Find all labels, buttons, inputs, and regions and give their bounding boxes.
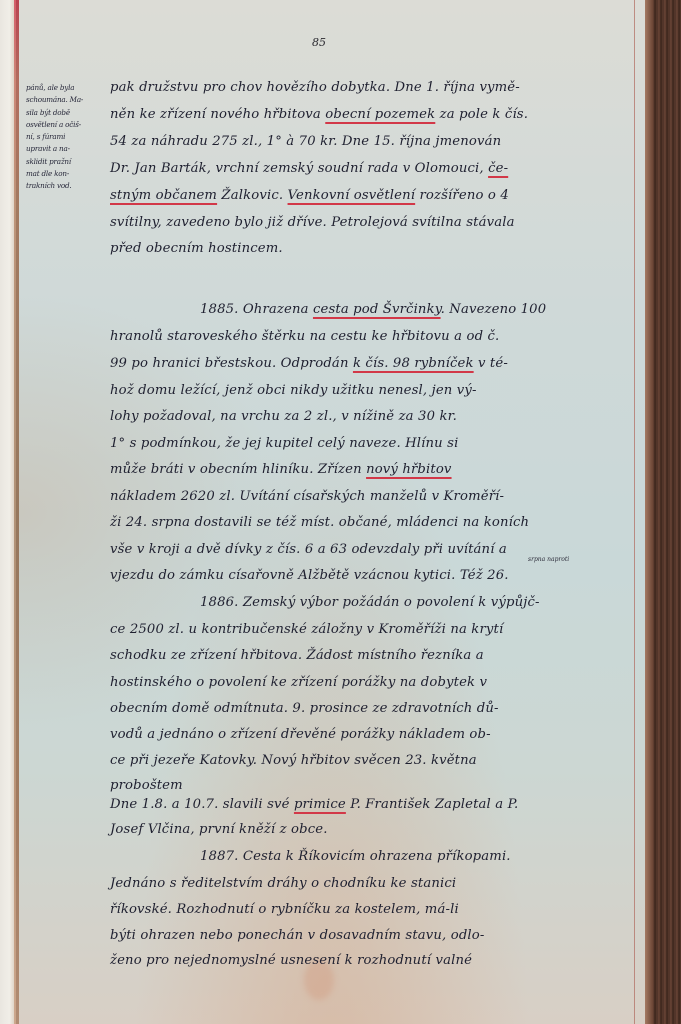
text-segment: za pole k čís.: [435, 107, 528, 122]
text-line: proboštem: [110, 778, 183, 793]
text-segment: rozšířeno o 4: [415, 188, 509, 203]
right-margin-rule: [634, 0, 635, 1024]
text-line: 1° s podmínkou, že jej kupitel celý nave…: [110, 436, 458, 451]
text-line: ce 2500 zl. u kontribučenské záložny v K…: [110, 622, 503, 637]
book-page-edges: [645, 0, 681, 1024]
underlined-phrase: stným občanem: [110, 188, 217, 203]
text-line: lohy požadoval, na vrchu za 2 zl., v níž…: [110, 409, 457, 424]
text-line: vodů a jednáno o zřízení dřevěné porážky…: [110, 727, 491, 742]
folio-number: 85: [312, 36, 326, 49]
text-line: hož domu ležící, jenž obci nikdy užitku …: [110, 383, 477, 398]
text-line: hranolů staroveského štěrku na cestu ke …: [110, 329, 499, 344]
text-line: Dr. Jan Barták, vrchní zemský soudní rad…: [110, 161, 508, 176]
margin-note-line: trakních vod.: [26, 180, 108, 192]
underlined-phrase: k čís. 98 rybníček: [353, 356, 474, 371]
margin-note-line: mat dle kon-: [26, 168, 108, 180]
text-line: stným občanem Žalkovic. Venkovní osvětle…: [110, 188, 509, 203]
text-line: může bráti v obecním hliníku. Zřízen nov…: [110, 462, 452, 477]
document-scan: 85 pánů, ale byla schoumána. Ma- sila bý…: [0, 0, 681, 1024]
text-line: nákladem 2620 zl. Uvítání císařských man…: [110, 489, 504, 504]
text-line: svítilny, zavedeno bylo již dříve. Petro…: [110, 215, 515, 230]
text-segment: P. František Zapletal a P.: [346, 797, 518, 812]
chronicle-page: [19, 0, 645, 1024]
margin-note-line: sila být době: [26, 107, 108, 119]
underlined-phrase: nový hřbitov: [366, 462, 451, 477]
text-segment: může bráti v obecním hliníku. Zřízen: [110, 462, 366, 477]
text-segment: 99 po hranici břestskou. Odprodán: [110, 356, 353, 371]
text-line: ži 24. srpna dostavili se též míst. obča…: [110, 515, 529, 530]
text-line: hostinského o povolení ke zřízení porážk…: [110, 675, 487, 690]
underlined-phrase: cesta pod Švrčinky: [313, 302, 441, 317]
margin-note-line: pánů, ale byla: [26, 82, 108, 94]
text-line: schodku ze zřízení hřbitova. Žádost míst…: [110, 648, 484, 663]
text-line: říkovské. Rozhodnutí o rybníčku za koste…: [110, 902, 459, 917]
text-segment: 1885. Ohrazena: [200, 302, 313, 317]
margin-note-line: upravit a na-: [26, 143, 108, 155]
underlined-phrase: če-: [488, 161, 508, 176]
margin-note: pánů, ale byla schoumána. Ma- sila být d…: [26, 82, 108, 193]
text-line: Dne 1.8. a 10.7. slavili své primice P. …: [110, 797, 518, 812]
text-segment: Dne 1.8. a 10.7. slavili své: [110, 797, 294, 812]
text-segment: něn ke zřízení nového hřbitova: [110, 107, 325, 122]
year-entry-1885: 1885. Ohrazena cesta pod Švrčinky. Navez…: [200, 302, 546, 317]
margin-note-line: sklidit pražní: [26, 156, 108, 168]
text-line: Jednáno s ředitelstvím dráhy o chodníku …: [110, 876, 456, 891]
underlined-phrase: primice: [294, 797, 346, 812]
text-line: ženo pro nejednomyslné usnesení k rozhod…: [110, 953, 472, 968]
text-line: obecním domě odmítnuta. 9. prosince ze z…: [110, 701, 499, 716]
text-segment: . Navezeno 100: [441, 302, 547, 317]
margin-note-line: ní, s fúrami: [26, 131, 108, 143]
text-line: býti ohrazen nebo ponechán v dosavadním …: [110, 928, 484, 943]
margin-note-line: schoumána. Ma-: [26, 94, 108, 106]
text-segment: v té-: [474, 356, 508, 371]
text-segment: Dr. Jan Barták, vrchní zemský soudní rad…: [110, 161, 488, 176]
underlined-phrase: Venkovní osvětlení: [288, 188, 416, 203]
text-line: pak družstvu pro chov hovězího dobytka. …: [110, 80, 520, 95]
year-entry-1886: 1886. Zemský výbor požádán o povolení k …: [200, 595, 540, 610]
text-line: 99 po hranici břestskou. Odprodán k čís.…: [110, 356, 508, 371]
text-line: ce při jezeře Katovky. Nový hřbitov svěc…: [110, 753, 477, 768]
text-line: před obecním hostincem.: [110, 241, 283, 256]
text-line: Josef Vlčina, první kněží z obce.: [110, 822, 328, 837]
text-line: 54 za náhradu 275 zl., 1° à 70 kr. Dne 1…: [110, 134, 501, 149]
text-line: něn ke zřízení nového hřbitova obecní po…: [110, 107, 528, 122]
margin-note-line: osvětlení a očiš-: [26, 119, 108, 131]
interlinear-insert: srpna naproti: [528, 556, 569, 563]
text-line: vše v kroji a dvě dívky z čís. 6 a 63 od…: [110, 542, 507, 557]
text-line: vjezdu do zámku císařovně Alžbětě vzácno…: [110, 568, 509, 583]
year-entry-1887: 1887. Cesta k Říkovicím ohrazena příkopa…: [200, 849, 511, 864]
text-segment: Žalkovic.: [217, 188, 287, 203]
underlined-phrase: obecní pozemek: [325, 107, 435, 122]
